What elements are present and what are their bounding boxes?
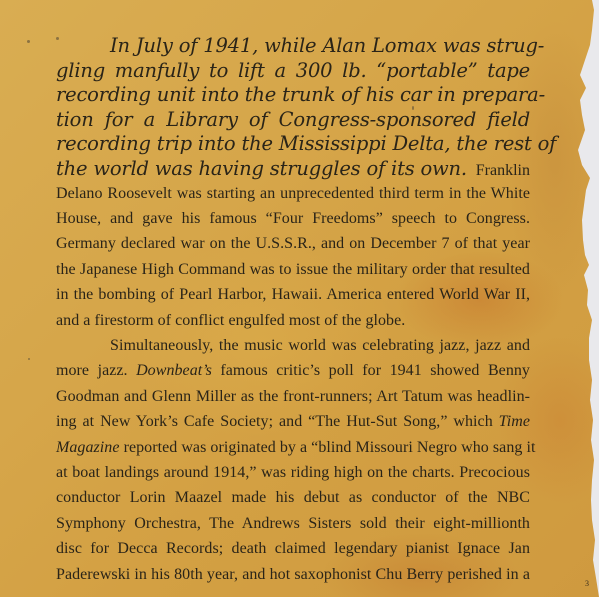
body-line: the Japanese High Command was to issue t… [56,257,530,282]
body-text: ing at New York’s Cafe Society; and “The… [56,413,499,430]
body-line: and a firestorm of conflict engulfed mos… [56,308,530,333]
paper-speck [27,40,30,43]
body-line: Simultaneously, the music world was cele… [56,333,530,358]
transition-line: the world was having struggles of its ow… [56,157,530,181]
lead-line: recording trip into the Mississippi Delt… [56,132,530,157]
body-line: Germany declared war on the U.S.S.R., an… [56,231,530,256]
body-line: Paderewski in his 80th year, and hot sax… [56,562,530,587]
lead-line: recording unit into the trunk of his car… [56,83,530,108]
lead-line: tion for a Library of Congress-sponsored… [56,108,530,133]
body-text: more jazz. [56,362,136,379]
body-line: more jazz. Downbeat’s famous critic’s po… [56,358,530,383]
body-line: Delano Roosevelt was starting an unprece… [56,181,530,206]
booklet-page: In July of 1941, while Alan Lomax was st… [0,0,599,597]
article-text: In July of 1941, while Alan Lomax was st… [56,34,530,587]
publication-title: Magazine [56,439,120,456]
lead-closing-text: the world was having struggles of its ow… [56,157,467,180]
body-line: disc for Decca Records; death claimed le… [56,536,530,561]
body-text: famous critic’s poll for 1941 showed Ben… [212,362,530,379]
body-text: reported was originated by a “blind Miss… [120,439,536,456]
paragraph-2: Simultaneously, the music world was cele… [56,333,530,587]
page-number: 3 [585,579,589,588]
body-line: Symphony Orchestra, The Andrews Sisters … [56,511,530,536]
lead-paragraph: In July of 1941, while Alan Lomax was st… [56,34,530,157]
publication-title: Downbeat’s [136,362,212,379]
lead-line: gling manfully to lift a 300 lb. “portab… [56,59,530,84]
body-line: conductor Lorin Maazel made his debut as… [56,485,530,510]
body-line: Magazine reported was originated by a “b… [56,435,530,460]
lead-line: In July of 1941, while Alan Lomax was st… [56,34,530,59]
publication-title: Time [499,413,530,430]
body-line: House, and gave his famous “Four Freedom… [56,206,530,231]
body-line: Goodman and Glenn Miller as the front-ru… [56,384,530,409]
body-line: in the bombing of Pearl Harbor, Hawaii. … [56,282,530,307]
body-opening-text: Franklin [476,162,530,180]
body-line: at boat landings around 1914,” was ridin… [56,460,530,485]
paragraph-1: Delano Roosevelt was starting an unprece… [56,181,530,333]
paper-speck [28,358,30,360]
body-line: ing at New York’s Cafe Society; and “The… [56,409,530,434]
